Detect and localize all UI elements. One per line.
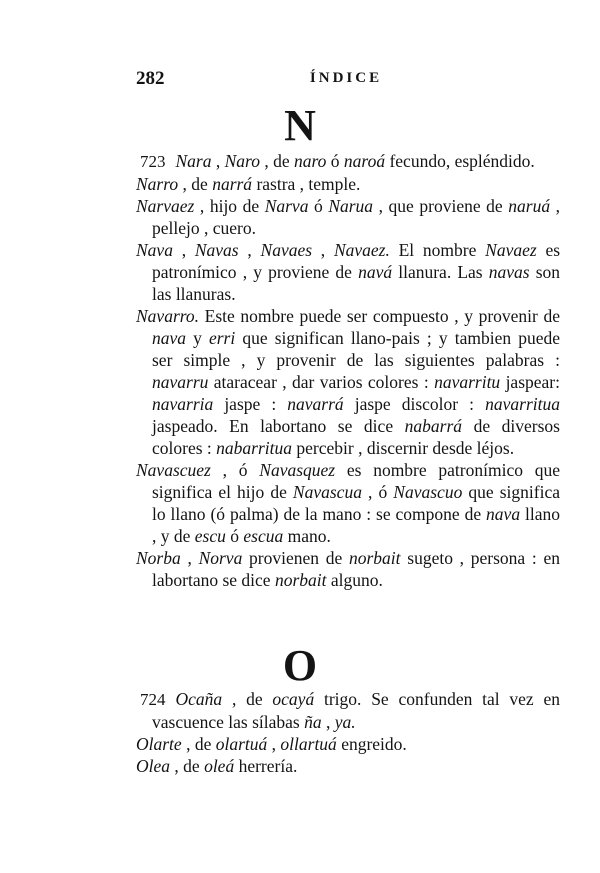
index-entry: 724Ocaña , de ocayá trigo. Se confunden … [136,688,560,733]
italic-term: olartuá [216,734,268,754]
italic-term: Naro [225,151,260,171]
italic-term: Navas [195,240,239,260]
index-entry: Narro , de narrá rastra , temple. [136,173,560,195]
section-o-entries: 724Ocaña , de ocayá trigo. Se confunden … [136,688,560,777]
entry-text: ó [308,196,328,216]
entry-text: , de [178,174,212,194]
entry-number: 723 [140,152,166,171]
entry-text: , de [170,756,204,776]
entry-text: , [181,548,199,568]
italic-term: navarrá [287,394,343,414]
italic-term: Navaez. [334,240,390,260]
entry-text: , [211,151,224,171]
entry-number: 724 [140,690,166,709]
italic-term: Narvaez [136,196,194,216]
index-entry: 723Nara , Naro , de naro ó naroá fecundo… [136,150,560,173]
italic-term: Navaes [261,240,313,260]
entry-text: herrería. [234,756,297,776]
italic-term: navarria [152,394,213,414]
section-letter-o: O [0,640,600,691]
italic-term: ollartuá [280,734,336,754]
italic-term: Norva [199,548,243,568]
index-entry: Olea , de oleá herrería. [136,755,560,777]
index-entry: Navascuez , ó Navasquez es nombre patron… [136,459,560,547]
entry-text: engreido. [337,734,407,754]
italic-term: navarru [152,372,208,392]
italic-term: navarritua [485,394,560,414]
entry-text: , [267,734,280,754]
italic-term: nava [152,328,186,348]
italic-term: navas [489,262,530,282]
italic-term: Navarro. [136,306,199,326]
index-entry: Nava , Navas , Navaes , Navaez. El nombr… [136,239,560,305]
italic-term: naro [294,151,326,171]
entry-text: , de [260,151,294,171]
italic-term: Olarte [136,734,182,754]
italic-term: ya. [335,712,356,732]
italic-term: Nara [176,151,212,171]
entry-text: rastra , temple. [252,174,360,194]
entry-text: , hijo de [194,196,264,216]
entry-text: , [239,240,261,260]
entry-text: ó [226,526,244,546]
section-n-entries: 723Nara , Naro , de naro ó naroá fecundo… [136,150,560,591]
entry-text: Este nombre puede ser compuesto , y prov… [199,306,560,326]
italic-term: Navascuo [393,482,462,502]
italic-term: Ocaña [176,689,223,709]
entry-text: jaspeado. En labortano se dice [152,416,405,436]
italic-term: Norba [136,548,181,568]
italic-term: ocayá [272,689,314,709]
entry-text: , ó [362,482,393,502]
italic-term: Navascua [293,482,362,502]
italic-term: navá [358,262,392,282]
index-entry: Olarte , de olartuá , ollartuá engreido. [136,733,560,755]
entry-text: El nombre [390,240,485,260]
section-letter-n: N [0,100,600,151]
entry-text: jaspe : [213,394,287,414]
entry-text: ó [326,151,344,171]
italic-term: naroá [344,151,385,171]
entry-text: , de [222,689,272,709]
running-head: 282 ÍNDICE [136,68,556,92]
entry-text: , [312,240,334,260]
entry-text: , ó [211,460,259,480]
italic-term: ña [304,712,322,732]
entry-text: fecundo, espléndido. [385,151,535,171]
italic-term: Olea [136,756,170,776]
italic-term: Narua [328,196,373,216]
entry-text: ataracear , dar varios colores : [208,372,434,392]
italic-term: Navasquez [259,460,335,480]
book-page: 282 ÍNDICE N 723Nara , Naro , de naro ó … [0,0,600,873]
entry-text: , [173,240,195,260]
index-entry: Navarro. Este nombre puede ser compuesto… [136,305,560,459]
italic-term: norbait [275,570,327,590]
italic-term: Narro [136,174,178,194]
entry-text: y [186,328,209,348]
index-entry: Narvaez , hijo de Narva ó Narua , que pr… [136,195,560,239]
italic-term: Navascuez [136,460,211,480]
italic-term: Navaez [485,240,537,260]
italic-term: escua [243,526,283,546]
entry-text: jaspear: [500,372,560,392]
italic-term: Narva [265,196,309,216]
entry-text: mano. [283,526,331,546]
entry-text: jaspe discolor : [344,394,485,414]
italic-term: navarritu [434,372,500,392]
italic-term: oleá [204,756,234,776]
italic-term: erri [209,328,235,348]
index-entry: Norba , Norva provienen de norbait suget… [136,547,560,591]
italic-term: nabarritua [216,438,292,458]
entry-text: provienen de [242,548,349,568]
italic-term: narrá [212,174,252,194]
italic-term: naruá [508,196,550,216]
entry-text: , de [182,734,216,754]
italic-term: nava [486,504,520,524]
italic-term: escu [195,526,226,546]
italic-term: Nava [136,240,173,260]
entry-text: percebir , discernir desde léjos. [292,438,514,458]
entry-text: alguno. [326,570,382,590]
italic-term: nabarrá [405,416,462,436]
entry-text: , que proviene de [373,196,508,216]
entry-text: llanura. Las [392,262,489,282]
italic-term: norbait [349,548,401,568]
entry-text: , [322,712,335,732]
running-title: ÍNDICE [136,70,556,87]
